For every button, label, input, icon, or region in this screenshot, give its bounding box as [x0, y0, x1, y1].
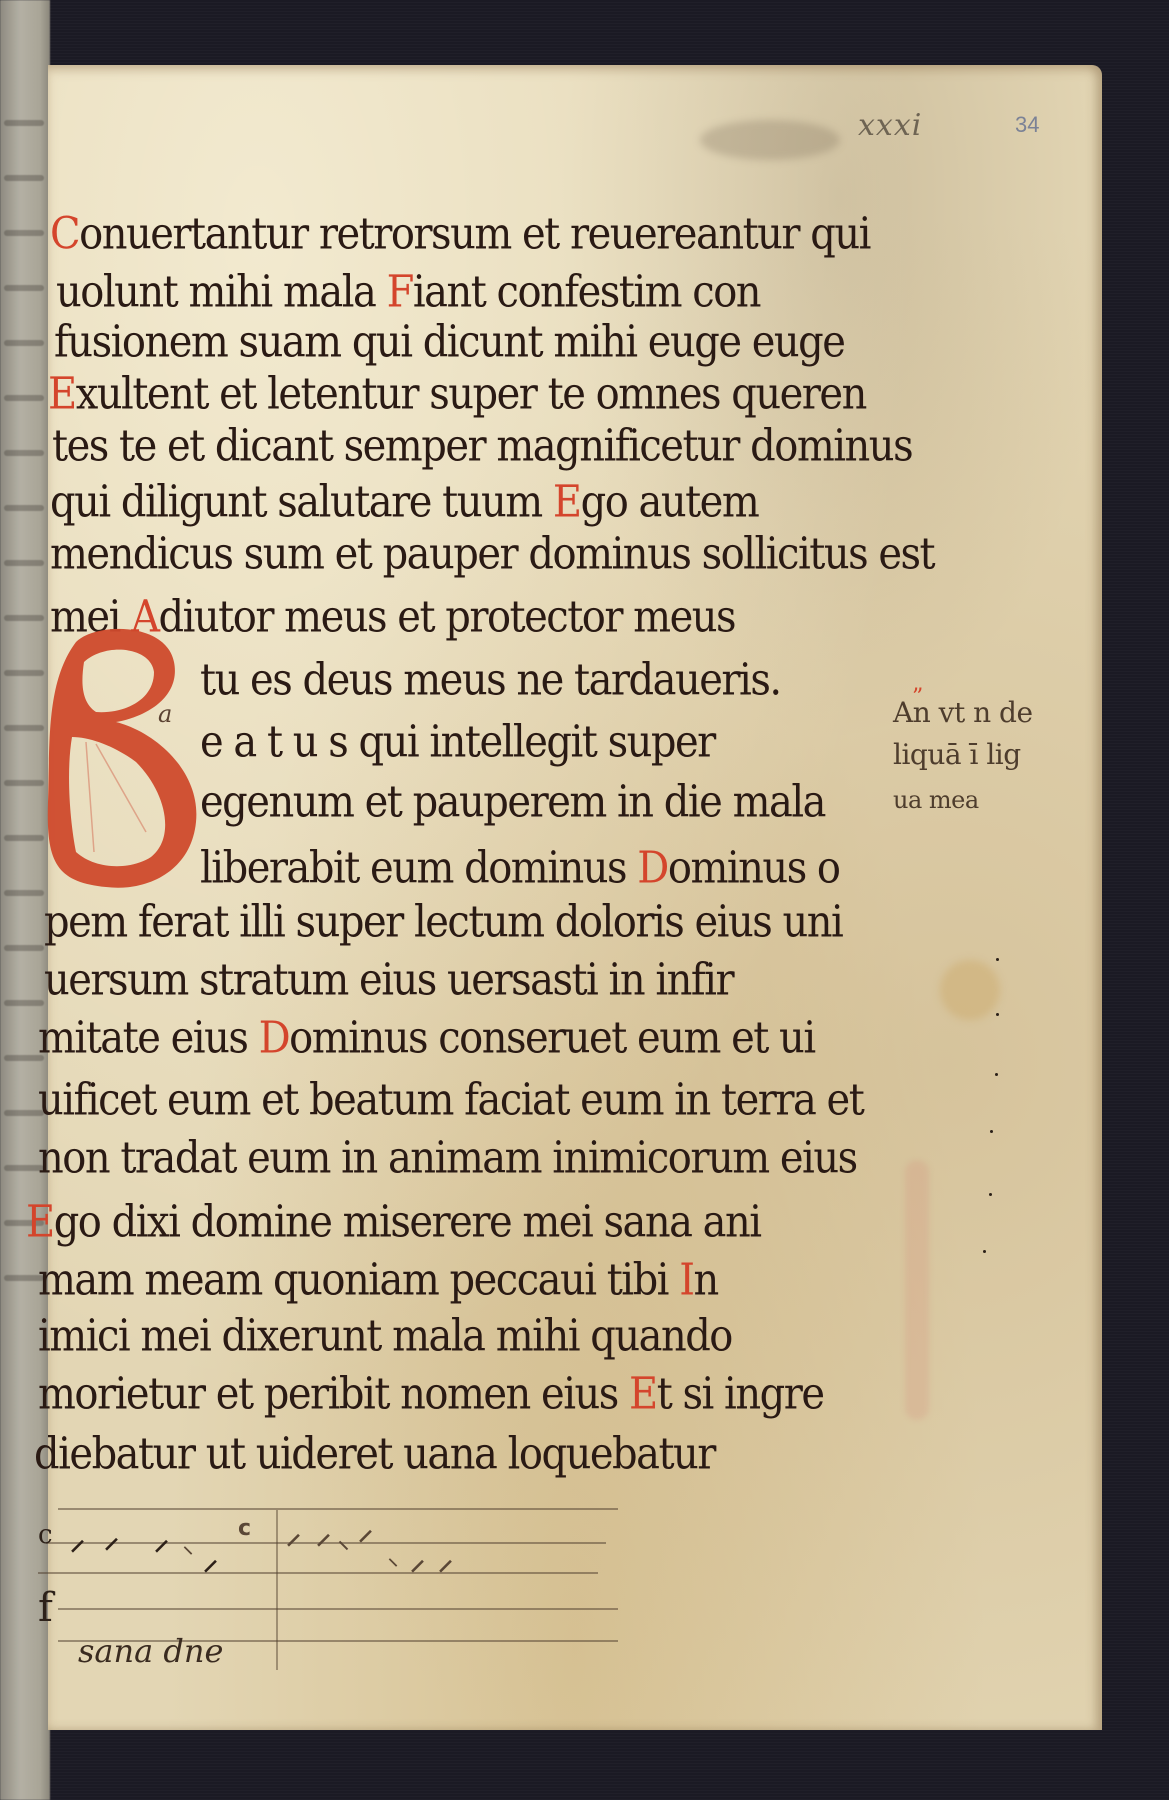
rubric-initial: I: [679, 1255, 693, 1306]
neume-c: c: [238, 1516, 251, 1541]
text-line-2: uolunt mihi mala Fiant confestim con: [56, 270, 760, 314]
decorated-initial-b: [36, 622, 201, 900]
neume-virga: ⸍: [410, 1550, 425, 1591]
stain: [940, 960, 1000, 1020]
text-line-12: liberabit eum dominus Dominus o: [200, 846, 840, 890]
ghost-text-line: [4, 450, 44, 456]
pricking-hole: [989, 1193, 992, 1196]
f-clef: f: [38, 1585, 53, 1631]
text-line-21: morietur et peribit nomen eius Et si ing…: [38, 1372, 824, 1416]
smudge: [700, 120, 840, 160]
rubric-initial: E: [629, 1369, 657, 1420]
rubric-initial: F: [387, 267, 413, 318]
pricking-hole: [996, 1013, 999, 1016]
text-line-17: non tradat eum in animam inimicorum eius: [38, 1136, 857, 1180]
text-line-13: pem ferat illi super lectum doloris eius…: [44, 900, 842, 944]
neume-punctum: ⸌: [388, 1552, 398, 1579]
ghost-text-line: [4, 340, 44, 346]
text-line-6: qui diligunt salutare tuum Ego autem: [50, 480, 758, 524]
red-offset-wash: [905, 1160, 929, 1420]
ghost-text-line: [4, 285, 44, 291]
text-line-15: mitate eius Dominus conseruet eum et ui: [38, 1016, 815, 1060]
staff-line: [58, 1608, 618, 1610]
pricking-hole: [983, 1250, 986, 1253]
text-line-22: diebatur ut uideret uana loquebatur: [34, 1432, 715, 1476]
folio-number: 34: [1015, 112, 1039, 138]
neume-clivis: ⸌: [183, 1540, 193, 1567]
text-line-3: fusionem suam qui dicunt mihi euge euge: [54, 320, 844, 364]
ghost-text-line: [4, 120, 44, 126]
neume-virga: ⸍: [154, 1530, 169, 1571]
text-line-5: tes te et dicant semper magnificetur dom…: [52, 424, 912, 468]
neume-virga: ⸍: [438, 1550, 453, 1591]
c-clef: c: [38, 1520, 53, 1550]
text-line-18: Ego dixi domine miserere mei sana ani: [26, 1200, 761, 1244]
neume-virga: ⸍: [286, 1524, 301, 1565]
neume-virga: ⸍: [358, 1520, 373, 1561]
text-line-7: mendicus sum et pauper dominus sollicitu…: [50, 532, 934, 576]
guide-letter: a: [158, 700, 172, 728]
folio-roman-numeral: xxxi: [858, 108, 922, 143]
ghost-text-line: [4, 230, 44, 236]
ghost-text-line: [4, 175, 44, 181]
music-incipit: sana dne: [78, 1632, 223, 1670]
neume-virga: ⸍: [316, 1524, 331, 1565]
marginal-gloss-line-2: liquā ī lig: [893, 738, 1021, 771]
ghost-text-line: [4, 505, 44, 511]
rubric-initial: D: [259, 1013, 290, 1064]
neume-virga: ⸍: [70, 1530, 85, 1571]
pricking-hole: [990, 1130, 993, 1133]
pricking-hole: [996, 958, 999, 961]
text-line-16: uificet eum et beatum faciat eum in terr…: [38, 1078, 863, 1122]
staff-line: [38, 1572, 598, 1574]
pricking-hole: [995, 1073, 998, 1076]
text-line-11: egenum et pauperem in die mala: [200, 780, 825, 824]
text-line-1: Conuertantur retrorsum et reuereantur qu…: [50, 212, 870, 256]
rubric-initial: D: [637, 843, 668, 894]
rubric-initial: E: [26, 1197, 54, 1248]
ghost-text-line: [4, 1000, 44, 1006]
ghost-text-line: [4, 560, 44, 566]
rubric-initial: E: [48, 369, 76, 420]
ghost-text-line: [4, 945, 44, 951]
text-line-4: Exultent et letentur super te omnes quer…: [48, 372, 866, 416]
neume-virga: ⸍: [104, 1528, 119, 1569]
text-line-20: imici mei dixerunt mala mihi quando: [38, 1314, 732, 1358]
staff-line: [58, 1508, 618, 1510]
text-line-10: e a t u s qui intellegit super: [200, 720, 715, 764]
neume-clivis: ⸌: [338, 1534, 349, 1564]
ghost-text-line: [4, 615, 44, 621]
rubric-initial: C: [50, 209, 79, 260]
text-line-19: mam meam quoniam peccaui tibi In: [38, 1258, 718, 1302]
bar-line: [276, 1510, 278, 1670]
rubric-initial: E: [553, 477, 581, 528]
rubric-mark: ”: [912, 685, 923, 710]
marginal-gloss-line-3: ua mea: [893, 786, 979, 814]
text-line-14: uersum stratum eius uersasti in infir: [44, 958, 733, 1002]
neume-virga: ⸍: [203, 1550, 218, 1591]
text-line-9: tu es deus meus ne tardaueris.: [200, 658, 781, 702]
ghost-text-line: [4, 395, 44, 401]
